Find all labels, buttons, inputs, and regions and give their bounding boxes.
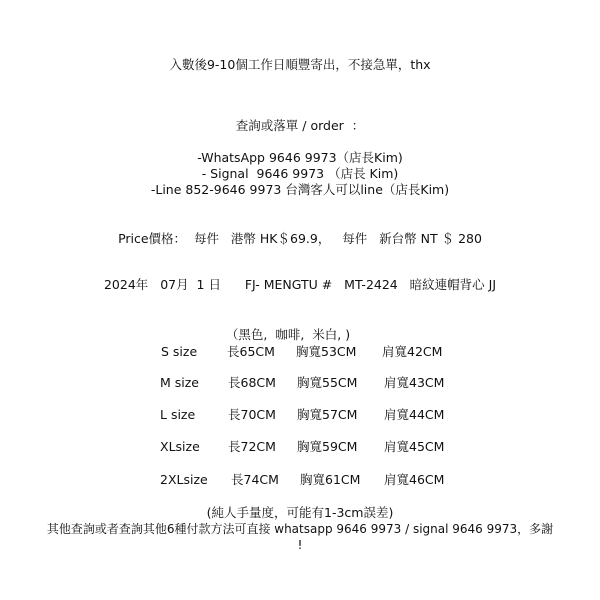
shoulder-value: 肩寬44CM [384, 407, 444, 423]
size-row-m: M size 長68CM 胸寬55CM 肩寬43CM [0, 375, 600, 391]
size-row-l: L size 長70CM 胸寬57CM 肩寬44CM [0, 407, 600, 423]
disclaimer-line: (純人手量度，可能有1-3cm誤差) [0, 505, 600, 521]
chest-value: 胸寬55CM [297, 375, 357, 391]
shoulder-value: 肩寬43CM [384, 375, 444, 391]
size-label: S size [161, 344, 197, 360]
contact-line: -Line 852-9646 9973 台灣客人可以line（店長Kim) [0, 182, 600, 198]
length-value: 長65CM [227, 344, 275, 360]
shoulder-value: 肩寬42CM [382, 344, 442, 360]
notice-line: 入數後9-10個工作日順豐寄出，不接急單，thx [0, 57, 600, 73]
chest-value: 胸寬59CM [297, 439, 357, 455]
footer-contact-line: 其他查詢或者查詢其他6種付款方法可直接 whatsapp 9646 9973 /… [0, 521, 600, 537]
price-line: Price價格： 每件 港幣 HK＄69.9， 每件 新台幣 NT ＄ 280 [0, 231, 600, 247]
contact-whatsapp: -WhatsApp 9646 9973（店長Kim) [0, 150, 600, 166]
colors-line: （黑色, 咖啡, 米白, ) [0, 327, 588, 343]
size-row-xl: XLsize 長72CM 胸寬59CM 肩寬45CM [0, 439, 600, 455]
length-value: 長72CM [228, 439, 276, 455]
size-label: M size [160, 375, 199, 391]
contact-signal: - Signal 9646 9973 （店長 Kim) [0, 166, 600, 182]
size-label: L size [160, 407, 195, 423]
order-heading: 查詢或落單 / order ： [0, 118, 600, 134]
length-value: 長74CM [231, 472, 279, 488]
size-row-s: S size 長65CM 胸寬53CM 肩寬42CM [0, 344, 600, 360]
chest-value: 胸寬57CM [297, 407, 357, 423]
length-value: 長70CM [228, 407, 276, 423]
size-label: XLsize [160, 439, 200, 455]
chest-value: 胸寬53CM [296, 344, 356, 360]
length-value: 長68CM [228, 375, 276, 391]
shoulder-value: 肩寬45CM [384, 439, 444, 455]
size-label: 2XLsize [160, 472, 208, 488]
chest-value: 胸寬61CM [300, 472, 360, 488]
product-line: 2024年 07月 1 日 FJ- MENGTU # MT-2424 暗紋連帽背… [0, 277, 600, 293]
shoulder-value: 肩寬46CM [384, 472, 444, 488]
footer-exclamation: ! [0, 537, 600, 553]
size-row-2xl: 2XLsize 長74CM 胸寬61CM 肩寬46CM [0, 472, 600, 488]
